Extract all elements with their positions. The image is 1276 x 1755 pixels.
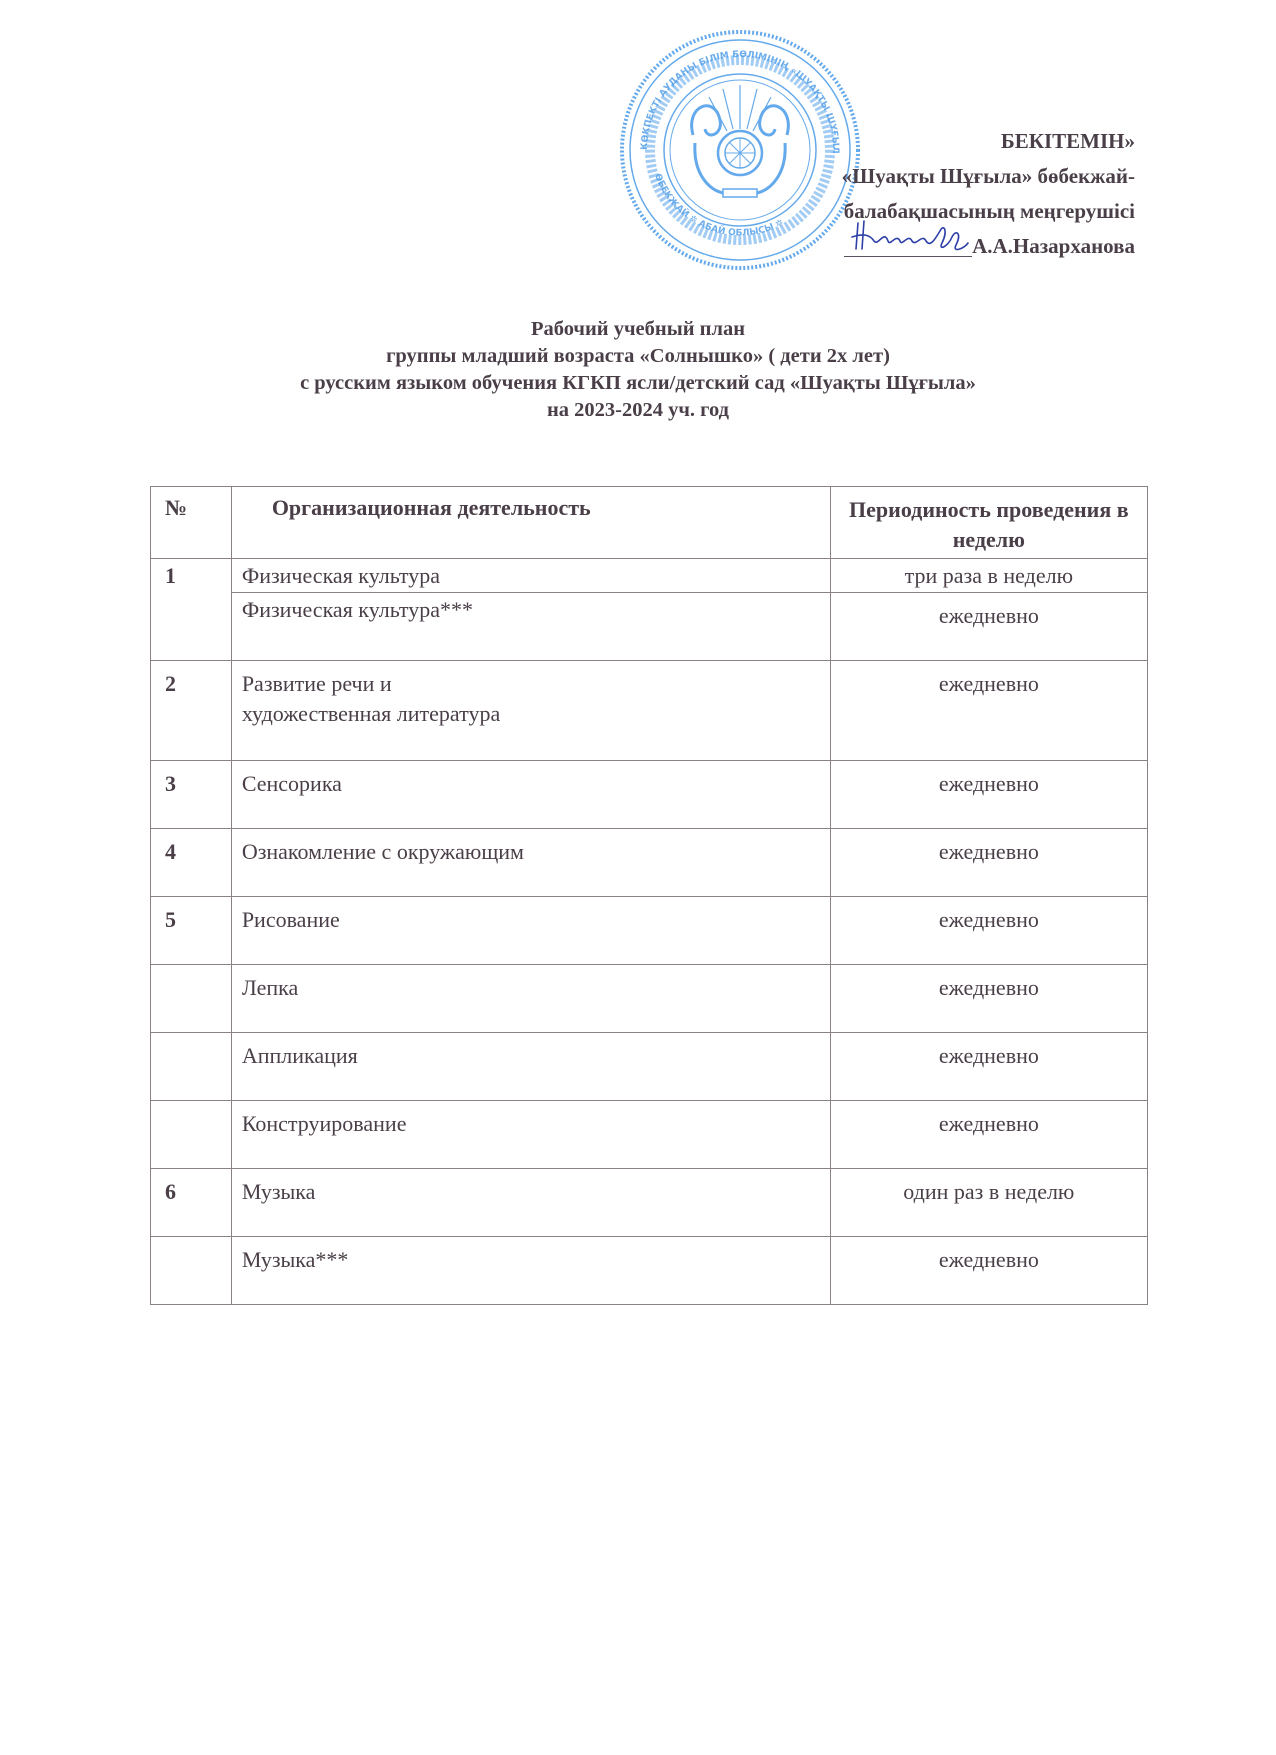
title-line-3: с русским языком обучения КГКП ясли/детс… xyxy=(0,370,1276,397)
row-periodicity: один раз в неделю xyxy=(830,1169,1147,1237)
header-number: № xyxy=(151,487,232,559)
row-number: 1 xyxy=(151,559,232,661)
row-number: 2 xyxy=(151,661,232,761)
row-activity: Рисование xyxy=(231,897,830,965)
header-periodicity: Периодиность проведения в неделю xyxy=(830,487,1147,559)
curriculum-table: № Организационная деятельность Периодино… xyxy=(150,486,1148,1305)
table-row: Физическая культура*** ежедневно xyxy=(151,593,1148,661)
table-row: Музыка*** ежедневно xyxy=(151,1237,1148,1305)
row-activity: Физическая культура*** xyxy=(231,593,830,661)
approval-heading: БЕКІТЕМІН» xyxy=(842,124,1135,159)
table-row: Конструирование ежедневно xyxy=(151,1101,1148,1169)
row-activity: Музыка xyxy=(231,1169,830,1237)
row-activity-line-1: Развитие речи и xyxy=(242,669,830,699)
row-number xyxy=(151,1033,232,1101)
signature-underline xyxy=(844,255,972,257)
title-line-4: на 2023-2024 уч. год xyxy=(0,397,1276,424)
row-number: 4 xyxy=(151,829,232,897)
signer-name: А.А.Назарханова xyxy=(972,234,1135,258)
row-activity: Сенсорика xyxy=(231,761,830,829)
row-number: 3 xyxy=(151,761,232,829)
svg-text:ӨБЕКЖАЙ ✲ АБАЙ ОБЛЫСЫ ✲: ӨБЕКЖАЙ ✲ АБАЙ ОБЛЫСЫ ✲ xyxy=(652,172,785,238)
approval-block: БЕКІТЕМІН» «Шуақты Шұғыла» бөбекжай- бал… xyxy=(842,124,1135,264)
row-number xyxy=(151,1237,232,1305)
row-periodicity: ежедневно xyxy=(830,593,1147,661)
signature-icon xyxy=(844,219,972,255)
row-periodicity: ежедневно xyxy=(830,1101,1147,1169)
approval-institution-line: «Шуақты Шұғыла» бөбекжай- xyxy=(842,159,1135,194)
row-periodicity: ежедневно xyxy=(830,965,1147,1033)
document-title: Рабочий учебный план группы младший возр… xyxy=(0,316,1276,424)
table-row: Аппликация ежедневно xyxy=(151,1033,1148,1101)
table-row: 5 Рисование ежедневно xyxy=(151,897,1148,965)
row-periodicity: ежедневно xyxy=(830,829,1147,897)
row-activity-line-2: художественная литература xyxy=(242,699,830,729)
row-activity: Конструирование xyxy=(231,1101,830,1169)
approval-signature-line: А.А.Назарханова xyxy=(842,229,1135,264)
header-activity: Организационная деятельность xyxy=(231,487,830,559)
row-activity: Аппликация xyxy=(231,1033,830,1101)
row-periodicity: ежедневно xyxy=(830,661,1147,761)
table-row: Лепка ежедневно xyxy=(151,965,1148,1033)
table-row: 6 Музыка один раз в неделю xyxy=(151,1169,1148,1237)
row-periodicity: ежедневно xyxy=(830,1033,1147,1101)
row-activity: Физическая культура xyxy=(231,559,830,593)
row-activity: Музыка*** xyxy=(231,1237,830,1305)
row-number xyxy=(151,965,232,1033)
row-periodicity: ежедневно xyxy=(830,761,1147,829)
row-activity: Ознакомление с окружающим xyxy=(231,829,830,897)
row-number: 5 xyxy=(151,897,232,965)
row-number xyxy=(151,1101,232,1169)
title-line-2: группы младший возраста «Солнышко» ( дет… xyxy=(0,343,1276,370)
table-row: 1 Физическая культура три раза в неделю xyxy=(151,559,1148,593)
row-activity: Развитие речи и художественная литератур… xyxy=(231,661,830,761)
row-periodicity: три раза в неделю xyxy=(830,559,1147,593)
table-row: 4 Ознакомление с окружающим ежедневно xyxy=(151,829,1148,897)
table-row: 3 Сенсорика ежедневно xyxy=(151,761,1148,829)
table-row: 2 Развитие речи и художественная литерат… xyxy=(151,661,1148,761)
row-periodicity: ежедневно xyxy=(830,897,1147,965)
official-stamp-icon: КӨКПЕКТІ АУДАНЫ БІЛІМ БӨЛІМІНІҢ «ШУАҚТЫ … xyxy=(615,25,865,275)
row-number: 6 xyxy=(151,1169,232,1237)
row-activity: Лепка xyxy=(231,965,830,1033)
scan-speck xyxy=(133,918,141,928)
row-periodicity: ежедневно xyxy=(830,1237,1147,1305)
table-header-row: № Организационная деятельность Периодино… xyxy=(151,487,1148,559)
title-line-1: Рабочий учебный план xyxy=(0,316,1276,343)
